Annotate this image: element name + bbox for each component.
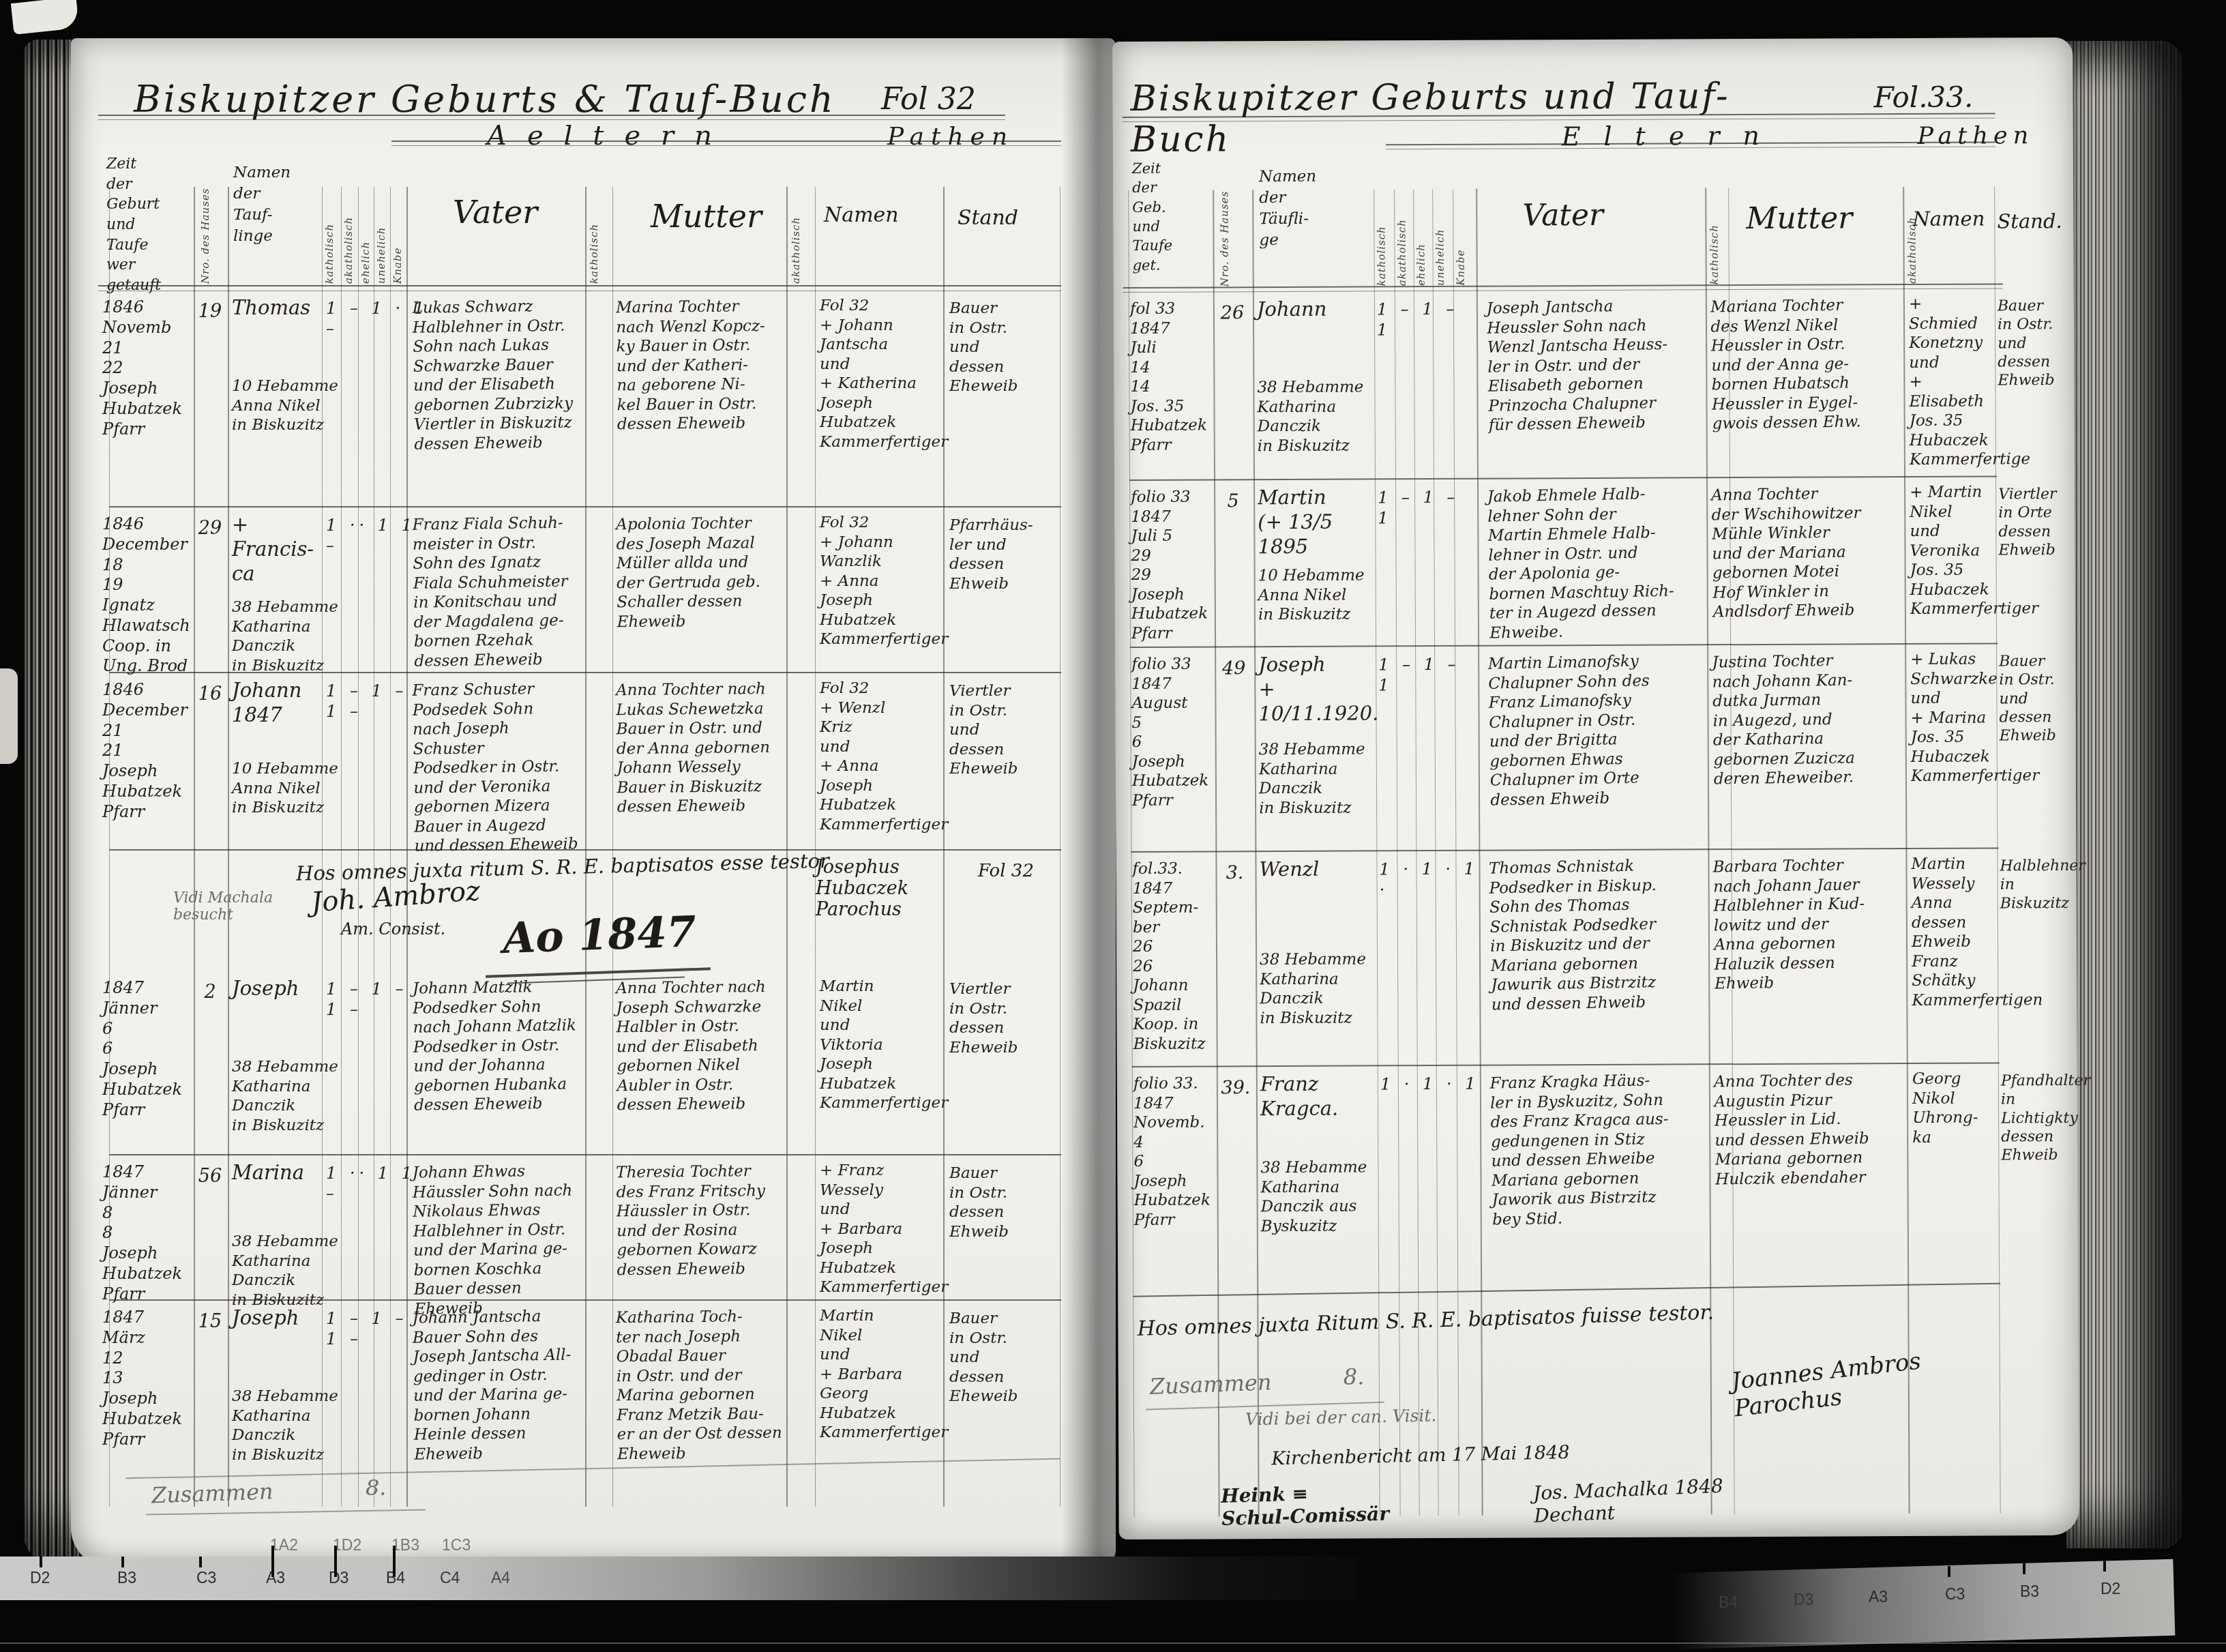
header-bottom-rule xyxy=(98,285,1061,286)
density-label: D3 xyxy=(329,1569,348,1587)
record-date: folio 33 1847 Juli 5 29 29 Joseph Hubatz… xyxy=(1131,487,1213,643)
header-eltern: Aeltern xyxy=(391,120,828,151)
record-godparent-stand: Pfarrhäus- ler und dessen Ehweib xyxy=(949,516,1060,593)
record-mother: Anna Tochter des Augustin Pizur Heussler… xyxy=(1714,1070,1885,1190)
record-house-number: 49 xyxy=(1215,657,1253,680)
baptism-record-row: folio 33. 1847 Novemb. 4 6 Joseph Hubatz… xyxy=(1117,1066,2078,1291)
density-tick xyxy=(40,1557,42,1567)
record-date: folio 33 1847 August 5 6 Joseph Hubatzek… xyxy=(1131,654,1214,810)
page-total-label: Zusammen xyxy=(151,1475,370,1508)
record-tally-marks: 1 – 1 – 1 xyxy=(1378,655,1481,696)
header-rotated-ehelich: ehelich xyxy=(1414,162,1427,286)
page-total-value: 8. xyxy=(1344,1363,1391,1389)
year-heading: Ao 1847 xyxy=(452,905,747,965)
record-mother: Mariana Tochter des Wenzl Nikel Heussler… xyxy=(1710,295,1882,434)
density-tick xyxy=(1948,1566,1950,1577)
header-rotated-col: katholisch xyxy=(588,160,600,284)
baptism-record-row: 1846 December 18 19 Ignatz Hlawatsch Coo… xyxy=(71,510,1116,672)
baptism-record-row: folio 33 1847 August 5 6 Joseph Hubatzek… xyxy=(1115,647,2076,851)
density-tick xyxy=(2103,1561,2106,1572)
page-total-value: 8. xyxy=(366,1475,420,1501)
record-tally-marks: 1 · 1 · 1 · xyxy=(1379,859,1481,900)
header-bottom-rule xyxy=(98,291,1061,291)
baptism-record-row: folio 33 1847 Juli 5 29 29 Joseph Hubatz… xyxy=(1114,480,2075,643)
record-date: 1847 März 12 13 Joseph Hubatzek Pfarr xyxy=(102,1308,191,1449)
density-label: B3 xyxy=(117,1569,136,1587)
record-godparent-stand: Bauer in Ostr. und dessen Ehweib xyxy=(1999,652,2075,746)
header-rotated-katholisch: katholisch xyxy=(323,160,336,284)
record-house-number: 56 xyxy=(192,1165,228,1188)
folio-number: Fol 32 xyxy=(881,82,1045,117)
record-mother: Barbara Tochter nach Johann Jauer Halble… xyxy=(1712,855,1884,994)
record-midwife: 38 Hebamme Katharina Danczik in Biskuzit… xyxy=(232,598,387,675)
record-child-name: Johann xyxy=(1257,297,1371,322)
header-rule xyxy=(391,145,1061,146)
density-label: C3 xyxy=(1945,1585,1965,1604)
density-tick xyxy=(121,1557,124,1567)
record-house-number: 19 xyxy=(192,300,228,323)
certification-latin-line: Hos omnes juxta Ritum S. R. E. baptisato… xyxy=(1137,1295,1929,1341)
record-midwife: 38 Hebamme Katharina Danczik in Biskuzit… xyxy=(232,1387,387,1464)
signature-parochus: Joannes Ambros Parochus xyxy=(1730,1336,2028,1422)
header-rotated-knabe: Knabe xyxy=(1454,162,1467,286)
record-godparent-names: Georg Nikol Uhrong- ka xyxy=(1912,1069,1997,1147)
pencil-underline xyxy=(146,1509,426,1515)
record-midwife: 10 Hebamme Anna Nikel in Biskuzitz xyxy=(232,377,387,435)
record-midwife: 10 Hebamme Anna Nikel in Biskuzitz xyxy=(1258,565,1421,625)
record-date: 1847 Jänner 8 8 Joseph Hubatzek Pfarr xyxy=(102,1162,191,1304)
baptism-record-row: 1847 Jänner 8 8 Joseph Hubatzek Pfarr 56… xyxy=(71,1158,1116,1299)
record-father: Martin Limanofsky Chalupner Sohn des Fra… xyxy=(1488,651,1682,810)
vidi-note: Vidi Machala besucht xyxy=(173,889,323,924)
record-house-number: 2 xyxy=(192,981,228,1003)
film-scratch-line xyxy=(0,1642,2226,1644)
record-child-name: + Francis- ca xyxy=(232,513,334,587)
header-vater: Vater xyxy=(453,194,603,231)
record-father: Lukas Schwarz Halblehner in Ostr. Sohn n… xyxy=(412,296,583,454)
density-label: D2 xyxy=(30,1569,50,1587)
signature-dechant: Jos. Machalka 1848 Dechant xyxy=(1532,1473,1779,1527)
header-rotated-col: katholisch xyxy=(1708,160,1721,284)
record-father: Franz Fiala Schuh- meister in Ostr. Sohn… xyxy=(412,513,583,671)
record-mother: Apolonia Tochter des Joseph Mazal Müller… xyxy=(616,514,784,632)
record-child-name: Thomas xyxy=(232,296,334,321)
record-mother: Justina Tochter nach Johann Kan- dutka J… xyxy=(1712,651,1883,789)
record-mother: Anna Tochter nach Lukas Schewetzka Bauer… xyxy=(616,679,784,817)
record-midwife: 10 Hebamme Anna Nikel in Biskuzitz xyxy=(232,759,387,818)
record-child-name: Joseph + 10/11.1920. xyxy=(1258,652,1373,726)
header-pathen: Pathen xyxy=(848,123,1053,151)
folio-number: Fol.33. xyxy=(1873,80,2037,114)
record-date: fol.33. 1847 Septem- ber 26 26 Johann Sp… xyxy=(1132,859,1215,1054)
record-godparent-names: + Franz Wessely und + Barbara Joseph Hub… xyxy=(820,1161,940,1297)
density-label: D2 xyxy=(2101,1580,2120,1598)
record-godparent-stand: Bauer in Ostr. und dessen Ehweib xyxy=(1998,297,2073,390)
page-corner-highlight xyxy=(11,0,79,35)
record-mother: Anna Tochter nach Joseph Schwarzke Halbl… xyxy=(616,977,784,1115)
density-label: 1A2 xyxy=(270,1536,298,1554)
record-godparent-names: + Lukas Schwarzke und + Marina Jos. 35 H… xyxy=(1910,649,1995,786)
record-godparent-names: + Martin Nikel und Veronika Jos. 35 Huba… xyxy=(1910,482,1995,619)
record-tally-marks: 1 · 1 · 1 xyxy=(1380,1074,1483,1095)
record-father: Johann Ehwas Häussler Sohn nach Nikolaus… xyxy=(412,1161,583,1319)
header-rotated-knabe: Knabe xyxy=(391,160,404,284)
record-date: fol 33 1847 Juli 14 14 Jos. 35 Hubatzek … xyxy=(1130,299,1213,455)
record-father: Jakob Ehmele Halb- lehner Sohn der Marti… xyxy=(1487,484,1680,643)
record-child-name: Martin (+ 13/5 1895 xyxy=(1258,485,1372,559)
record-house-number: 15 xyxy=(192,1310,228,1333)
record-midwife: 38 Hebamme Katharina Danczik in Biskuzit… xyxy=(232,1232,387,1310)
header-pathen-stand: Stand xyxy=(958,206,1060,230)
register-page-right: Biskupitzer Geburts und Tauf-Buch Fol.33… xyxy=(1112,38,2079,1539)
book-page-stack-right xyxy=(2066,41,2182,1548)
signature-commissar: Heink ≡ Schul-Comissär xyxy=(1221,1477,1468,1530)
record-father: Joseph Jantscha Heussler Sohn nach Wenzl… xyxy=(1486,296,1680,436)
record-midwife: 38 Hebamme Katharina Danczik aus Byskuzi… xyxy=(1260,1157,1423,1236)
record-child-name: Marina xyxy=(232,1161,334,1185)
microfilm-density-strip-right xyxy=(1672,1559,2176,1650)
header-bottom-rule xyxy=(1123,283,2003,289)
record-house-number: 5 xyxy=(1214,490,1252,513)
baptism-record-row: 1847 März 12 13 Joseph Hubatzek Pfarr 15… xyxy=(71,1303,1116,1466)
baptism-record-row: 1846 Novemb 21 22 Joseph Hubatzek Pfarr … xyxy=(71,293,1116,506)
folio-note: Fol 32 xyxy=(978,861,1060,881)
header-rule xyxy=(391,141,1061,142)
register-page-left: Biskupitzer Geburts & Tauf-Buch Fol 32 A… xyxy=(71,38,1116,1567)
density-label: 1B3 xyxy=(391,1536,419,1554)
record-house-number: 16 xyxy=(192,683,228,705)
record-godparent-stand: Halblehner in Biskuzitz xyxy=(2000,857,2075,913)
density-tick xyxy=(334,1546,337,1577)
header-mutter: Mutter xyxy=(1746,201,1903,236)
header-rotated-katholisch: katholisch xyxy=(1375,162,1388,286)
record-father: Johann Jantscha Bauer Sohn des Joseph Ja… xyxy=(412,1306,583,1464)
record-house-number: 29 xyxy=(192,517,228,540)
record-godparent-stand: Pfandhalter in Lichtigkty dessen Ehweib xyxy=(2001,1072,2077,1165)
record-date: 1846 December 21 21 Joseph Hubatzek Pfar… xyxy=(102,680,191,822)
record-mother: Katharina Toch- ter nach Joseph Obadal B… xyxy=(616,1307,784,1464)
signature-parochus: Josephus Hubaczek Parochus xyxy=(816,857,959,920)
vidi-visitation-note: Vidi bei der can. Visit. xyxy=(1245,1402,1573,1429)
record-godparent-stand: Bauer in Ostr. und dessen Eheweib xyxy=(949,299,1060,396)
header-hausnummer-rotated: Nro. des Hauses xyxy=(199,161,211,284)
density-tick xyxy=(393,1546,396,1577)
record-father: Franz Schuster Podsedek Sohn nach Joseph… xyxy=(412,679,584,856)
header-hausnummer-rotated: Nro. des Hauses xyxy=(1218,164,1231,286)
density-label: C3 xyxy=(196,1569,216,1587)
density-label: B4 xyxy=(386,1569,405,1587)
record-mother: Theresia Tochter des Franz Fritschy Häus… xyxy=(616,1162,784,1280)
record-child-name: Joseph xyxy=(232,1306,334,1331)
record-godparent-stand: Viertler in Ostr. und dessen Eheweib xyxy=(949,681,1060,779)
record-midwife: 38 Hebamme Katharina Danczik in Biskuzit… xyxy=(1260,949,1422,1028)
record-father: Thomas Schnistak Podsedker in Biskup. So… xyxy=(1489,856,1682,1015)
density-label: 1C3 xyxy=(442,1536,471,1554)
header-rotated-unehelich: unehelich xyxy=(375,160,387,284)
baptism-record-row: 1847 Jänner 6 6 Joseph Hubatzek Pfarr 2 … xyxy=(71,974,1116,1154)
density-label: B4 xyxy=(1719,1593,1738,1612)
baptism-record-row: 1846 December 21 21 Joseph Hubatzek Pfar… xyxy=(71,676,1116,849)
header-pathen-stand: Stand. xyxy=(1997,209,2079,233)
density-label: D3 xyxy=(1794,1591,1813,1609)
record-godparent-names: Fol 32 + Wenzl Kriz und + Anna Joseph Hu… xyxy=(820,679,940,834)
record-midwife: 38 Hebamme Katharina Danczik in Biskuzit… xyxy=(1259,739,1421,818)
baptism-record-row: fol.33. 1847 Septem- ber 26 26 Johann Sp… xyxy=(1116,851,2077,1066)
baptism-record-row: fol 33 1847 Juli 14 14 Jos. 35 Hubatzek … xyxy=(1114,291,2075,480)
density-label: B3 xyxy=(2020,1582,2039,1601)
header-zeit: Zeit der Geburt und Taufe wer getauft xyxy=(106,154,188,296)
record-godparent-names: Martin Wessely Anna dessen Ehweib Franz … xyxy=(1911,854,1996,1010)
header-rotated-akatholisch: akatholisch xyxy=(342,160,355,284)
record-father: Johann Matzlik Podsedker Sohn nach Johan… xyxy=(413,977,584,1115)
density-label: A3 xyxy=(1869,1588,1888,1606)
record-child-name: Franz Kragca. xyxy=(1260,1072,1375,1121)
row-rule xyxy=(109,849,1061,851)
record-godparent-stand: Bauer in Ostr. und dessen Eheweib xyxy=(949,1309,1060,1406)
header-zeit: Zeit der Geb. und Taufe get. xyxy=(1132,158,1208,275)
record-house-number: 39. xyxy=(1217,1076,1255,1100)
record-godparent-stand: Viertler in Orte dessen Ehweib xyxy=(1998,485,2073,560)
record-date: folio 33. 1847 Novemb. 4 6 Joseph Hubatz… xyxy=(1133,1074,1216,1230)
density-tick xyxy=(271,1546,274,1577)
record-mother: Marina Tochter nach Wenzl Kopcz- ky Baue… xyxy=(616,297,784,434)
record-godparent-names: Martin Nikel und + Barbara Georg Hubatze… xyxy=(820,1306,940,1443)
record-child-name: Wenzl xyxy=(1259,857,1374,882)
record-godparent-names: Fol 32 + Johann Jantscha und + Katherina… xyxy=(820,296,940,452)
density-label: A4 xyxy=(491,1569,510,1587)
header-namen-der-taeuflinge: Namen der Tauf- linge xyxy=(233,162,322,247)
header-vater: Vater xyxy=(1522,198,1672,233)
header-rotated-col: akatholisch xyxy=(790,160,802,284)
header-namen-der-taeuflinge: Namen der Täufli- ge xyxy=(1259,166,1355,252)
density-label: 1D2 xyxy=(333,1536,361,1554)
record-house-number: 3. xyxy=(1215,861,1253,885)
density-tick xyxy=(199,1557,202,1567)
record-tally-marks: 1 – 1 – 1 xyxy=(1377,299,1479,340)
record-child-name: Joseph xyxy=(232,977,334,1001)
row-rule xyxy=(109,1299,1061,1301)
record-house-number: 26 xyxy=(1213,301,1251,325)
record-date: 1847 Jänner 6 6 Joseph Hubatzek Pfarr xyxy=(102,978,191,1120)
record-midwife: 38 Hebamme Katharina Danczik in Biskuzit… xyxy=(232,1057,387,1135)
row-rule xyxy=(109,1154,1061,1155)
record-date: 1846 Novemb 21 22 Joseph Hubatzek Pfarr xyxy=(102,297,191,439)
record-date: 1846 December 18 19 Ignatz Hlawatsch Coo… xyxy=(102,514,191,677)
record-godparent-names: Martin Nikel und Viktoria Joseph Hubatze… xyxy=(820,977,940,1113)
header-pathen-namen: Namen xyxy=(824,203,940,227)
header-rotated-akatholisch: akatholisch xyxy=(1395,162,1408,286)
density-label: C4 xyxy=(440,1569,460,1587)
density-label: A3 xyxy=(266,1569,285,1587)
title-rule xyxy=(98,115,1005,116)
record-godparent-stand: Viertler in Ostr. dessen Eheweib xyxy=(949,979,1060,1057)
header-rotated-ehelich: ehelich xyxy=(359,160,372,284)
record-child-name: Johann 1847 xyxy=(232,679,334,728)
page-edge-highlight xyxy=(0,668,18,764)
record-godparent-names: + Schmied Konetzny und + Elisabeth Jos. … xyxy=(1909,294,1994,469)
certification-latin-line: Hos omnes juxta ritum S. R. E. baptisato… xyxy=(296,849,842,885)
header-rotated-unehelich: unehelich xyxy=(1434,162,1446,286)
density-tick xyxy=(2023,1563,2025,1574)
record-godparent-names: Fol 32 + Johann Wanzlik + Anna Joseph Hu… xyxy=(820,513,940,649)
row-rule xyxy=(109,506,1061,507)
record-father: Franz Kragka Häus- ler in Byskuzitz, Soh… xyxy=(1489,1071,1683,1230)
record-midwife: 38 Hebamme Katharina Danczik in Biskuzit… xyxy=(1257,377,1419,456)
record-godparent-stand: Bauer in Ostr. dessen Ehweib xyxy=(949,1164,1060,1241)
page-total-label: Zusammen xyxy=(1149,1366,1354,1400)
record-tally-marks: 1 – 1 – 1 xyxy=(1378,488,1480,529)
row-rule xyxy=(109,672,1061,673)
record-mother: Anna Tochter der Wschihowitzer Mühle Win… xyxy=(1711,484,1882,622)
